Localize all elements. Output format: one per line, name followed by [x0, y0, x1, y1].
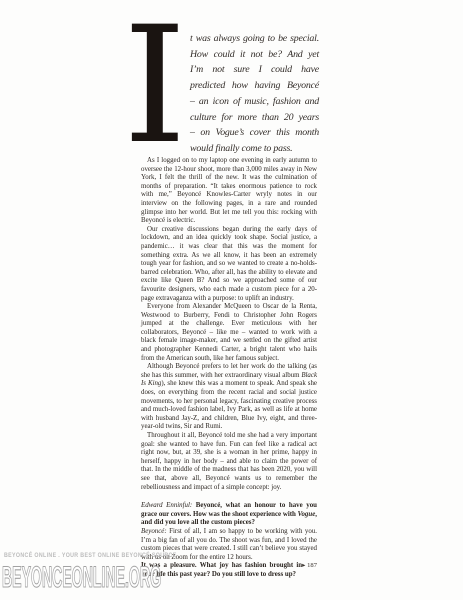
- body-paragraph: Everyone from Alexander McQueen to Oscar…: [141, 303, 317, 363]
- interviewer-name: Edward Enninful:: [141, 502, 192, 509]
- body-paragraph: Throughout it all, Beyoncé told me she h…: [141, 432, 317, 492]
- body-paragraph: Although Beyoncé prefers to let her work…: [141, 363, 317, 432]
- question-text: It was a pleasure. What joy has fashion …: [141, 562, 302, 578]
- interview-question: ▸ 187It was a pleasure. What joy has fas…: [141, 562, 317, 579]
- body-text: ), she knew this was a moment to speak. …: [141, 380, 317, 430]
- intro-line: culture for more than 20 years: [190, 110, 319, 126]
- vogue-italic: Vogue: [298, 511, 316, 518]
- intro-line: – on Vogue’s cover this month: [190, 125, 319, 141]
- body-paragraph: As I logged on to my laptop one evening …: [141, 157, 317, 226]
- article-body-column: As I logged on to my laptop one evening …: [141, 157, 317, 580]
- intro-line: I’m not sure I could have: [190, 62, 319, 78]
- intro-line: – an icon of music, fashion and: [190, 94, 319, 110]
- intro-line: would finally come to pass.: [190, 141, 319, 157]
- body-text: Although Beyoncé prefers to let her work…: [141, 363, 317, 379]
- intro-deck: t was always going to be special. How co…: [190, 31, 319, 157]
- intro-line: How could it not be? And yet: [190, 47, 319, 63]
- intro-line: predicted how having Beyoncé: [190, 78, 319, 94]
- drop-cap-letter: I: [123, 5, 187, 166]
- continued-page-marker: ▸ 187: [302, 562, 317, 571]
- body-paragraph: Our creative discussions began during th…: [141, 226, 317, 303]
- intro-line: t was always going to be special.: [190, 31, 319, 47]
- watermark-tagline: BEYONCÉ ONLINE . YOUR BEST ONLINE BEYONC…: [4, 553, 177, 559]
- magazine-page: I t was always going to be special. How …: [0, 0, 463, 600]
- interviewee-name: Beyoncé:: [141, 528, 167, 535]
- watermark-site-logo: BEYONCEONLINE.ORG: [2, 563, 161, 593]
- interview-question: Edward Enninful: Beyoncé, what an honour…: [141, 502, 317, 528]
